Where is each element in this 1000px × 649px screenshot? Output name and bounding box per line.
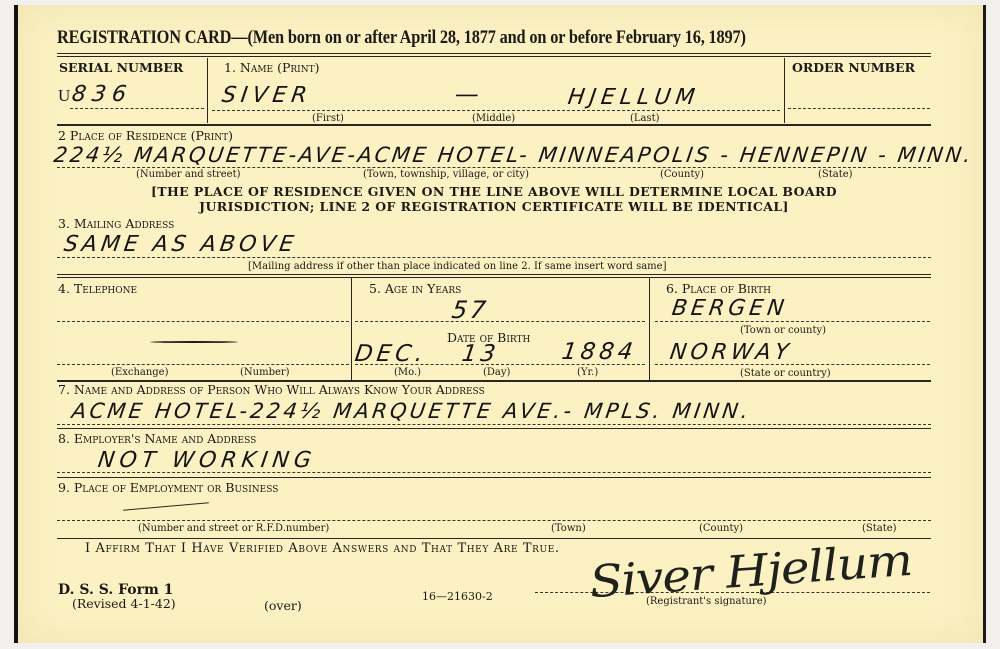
birth-year-value: 1884 — [560, 339, 638, 365]
age-underline — [355, 321, 645, 322]
county-caption: (County) — [660, 169, 704, 180]
mailing-address-label: 3. Mailing Address — [58, 216, 174, 231]
middle-name-value: — — [453, 80, 484, 108]
section-rule — [57, 124, 931, 126]
birth-town-underline — [655, 321, 930, 322]
mailing-address-value: SAME AS ABOVE — [62, 232, 299, 257]
mailing-caption: [Mailing address if other than place ind… — [248, 261, 666, 272]
month-caption: (Mo.) — [394, 367, 421, 378]
day-caption: (Day) — [483, 367, 510, 378]
birth-country-underline — [655, 364, 930, 365]
residence-underline — [57, 167, 931, 168]
order-number-field — [788, 108, 930, 109]
town-or-county-caption: (Town or county) — [740, 325, 826, 336]
telephone-underline-1 — [57, 321, 349, 322]
name-label: 1. Name (Print) — [224, 60, 319, 75]
employment-place-label: 9. Place of Employment or Business — [58, 480, 278, 495]
last-caption: (Last) — [630, 113, 660, 124]
serial-prefix: U — [58, 86, 70, 106]
mailing-underline — [57, 257, 931, 258]
divider — [351, 278, 352, 380]
dob-underline — [355, 364, 645, 365]
section-rule — [57, 274, 931, 278]
employment-state-caption: (State) — [862, 523, 897, 534]
contact-underline — [57, 424, 931, 425]
employer-underline — [57, 472, 931, 473]
employer-value: NOT WORKING — [96, 448, 317, 473]
birthplace-label: 6. Place of Birth — [666, 281, 771, 296]
year-caption: (Yr.) — [577, 367, 598, 378]
first-caption: (First) — [312, 113, 344, 124]
signature-caption: (Registrant's signature) — [646, 596, 767, 607]
state-caption: (State) — [818, 169, 853, 180]
telephone-underline-2 — [57, 364, 349, 365]
divider — [207, 58, 208, 123]
telephone-dash-value — [150, 341, 238, 343]
serial-underline — [70, 108, 204, 109]
telephone-label: 4. Telephone — [58, 281, 137, 296]
title-rule — [57, 53, 931, 57]
residence-value: 224½ MARQUETTE-AVE-ACME HOTEL- MINNEAPOL… — [52, 143, 975, 167]
contact-person-value: ACME HOTEL-224½ MARQUETTE AVE.- MPLS. MI… — [70, 399, 753, 423]
birth-country-value: NORWAY — [668, 340, 794, 365]
residence-label: 2 Place of Residence (Print) — [58, 128, 233, 143]
affirmation-text: I Affirm That I Have Verified Above Answ… — [85, 541, 560, 556]
exchange-caption: (Exchange) — [111, 367, 169, 378]
section-rule — [57, 428, 931, 429]
serial-number-label: SERIAL NUMBER — [59, 60, 183, 75]
employment-underline — [57, 520, 931, 521]
section-rule — [57, 477, 931, 478]
card-title: REGISTRATION CARD—(Men born on or after … — [57, 27, 746, 49]
name-underline — [212, 110, 780, 111]
town-caption: (Town, township, village, or city) — [363, 169, 529, 180]
serial-number-value: 836 — [70, 82, 134, 107]
state-or-country-caption: (State or country) — [740, 368, 831, 379]
employment-county-caption: (County) — [699, 523, 743, 534]
street-caption: (Number and street) — [136, 169, 241, 180]
divider — [649, 278, 650, 380]
rfd-caption: (Number and street or R.F.D.number) — [138, 523, 329, 534]
employer-label: 8. Employer's Name and Address — [58, 431, 256, 446]
order-number-label: ORDER NUMBER — [792, 60, 915, 75]
divider — [784, 58, 785, 123]
middle-caption: (Middle) — [472, 113, 515, 124]
age-label: 5. Age in Years — [369, 281, 461, 296]
last-name-value: HJELLUM — [566, 85, 701, 110]
contact-person-label: 7. Name and Address of Person Who Will A… — [58, 382, 485, 397]
notice-line-2: JURISDICTION; LINE 2 OF REGISTRATION CER… — [57, 199, 931, 214]
over-note: (over) — [264, 598, 302, 613]
age-value: 57 — [450, 296, 490, 324]
notice-line-1: [THE PLACE OF RESIDENCE GIVEN ON THE LIN… — [57, 184, 931, 199]
birth-town-value: BERGEN — [670, 296, 789, 321]
section-rule — [57, 538, 931, 539]
revised-date: (Revised 4-1-42) — [72, 596, 176, 611]
jurisdiction-notice: [THE PLACE OF RESIDENCE GIVEN ON THE LIN… — [57, 184, 931, 214]
employment-town-caption: (Town) — [551, 523, 586, 534]
number-caption: (Number) — [240, 367, 290, 378]
first-name-value: SIVER — [220, 83, 313, 108]
print-code: 16—21630-2 — [422, 590, 493, 603]
